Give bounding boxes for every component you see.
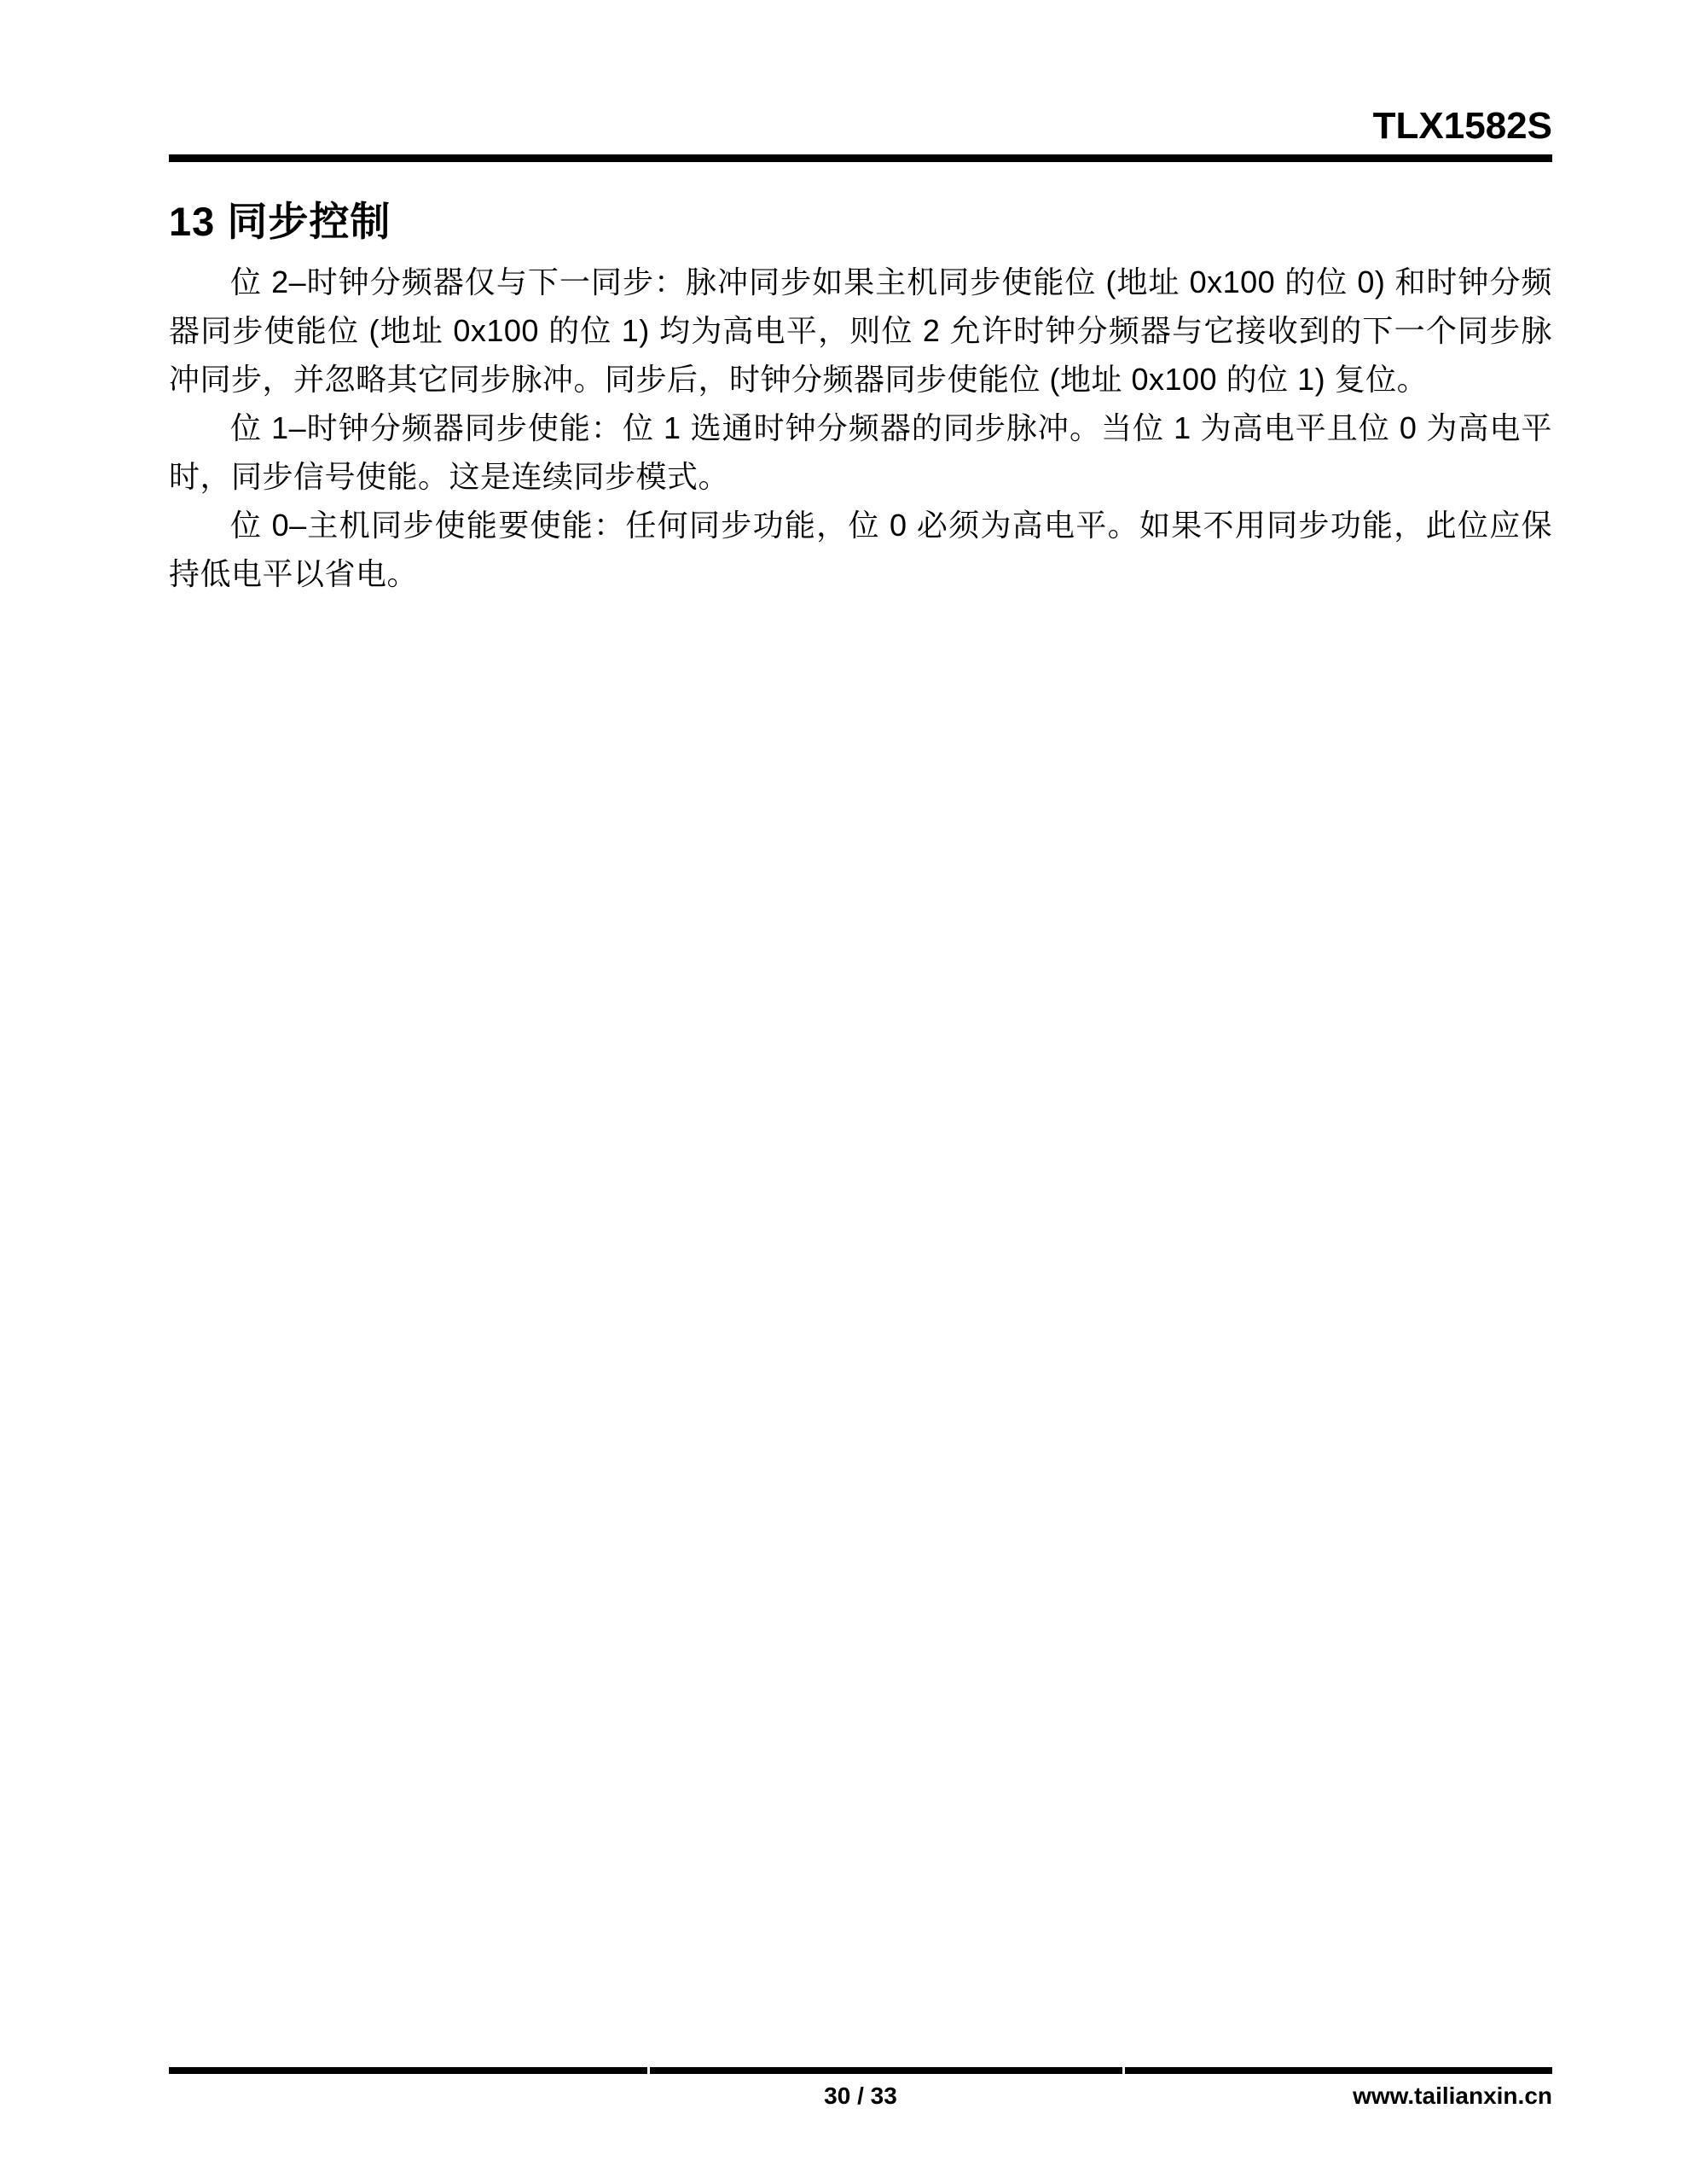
footer: 30 / 33 www.tailianxin.cn — [169, 2082, 1552, 2111]
page-content: 13 同步控制 位 2–时钟分频器仅与下一同步：脉冲同步如果主机同步使能位 (地… — [169, 198, 1552, 598]
paragraph-bit2: 位 2–时钟分频器仅与下一同步：脉冲同步如果主机同步使能位 (地址 0x100 … — [169, 258, 1552, 404]
document-page: TLX1582S 13 同步控制 位 2–时钟分频器仅与下一同步：脉冲同步如果主… — [0, 0, 1687, 2184]
footer-rule-gap — [647, 2067, 650, 2074]
section-heading: 13 同步控制 — [169, 198, 1552, 246]
page-number: 30 / 33 — [169, 2082, 1552, 2111]
footer-rule-gap — [1122, 2067, 1125, 2074]
paragraph-bit0: 位 0–主机同步使能要使能：任何同步功能，位 0 必须为高电平。如果不用同步功能… — [169, 501, 1552, 598]
website-text: www.tailianxin.cn — [1353, 2082, 1552, 2111]
document-title: TLX1582S — [1373, 107, 1552, 145]
header-rule — [169, 154, 1552, 162]
footer-rule — [169, 2067, 1552, 2074]
paragraph-bit1: 位 1–时钟分频器同步使能：位 1 选通时钟分频器的同步脉冲。当位 1 为高电平… — [169, 404, 1552, 501]
